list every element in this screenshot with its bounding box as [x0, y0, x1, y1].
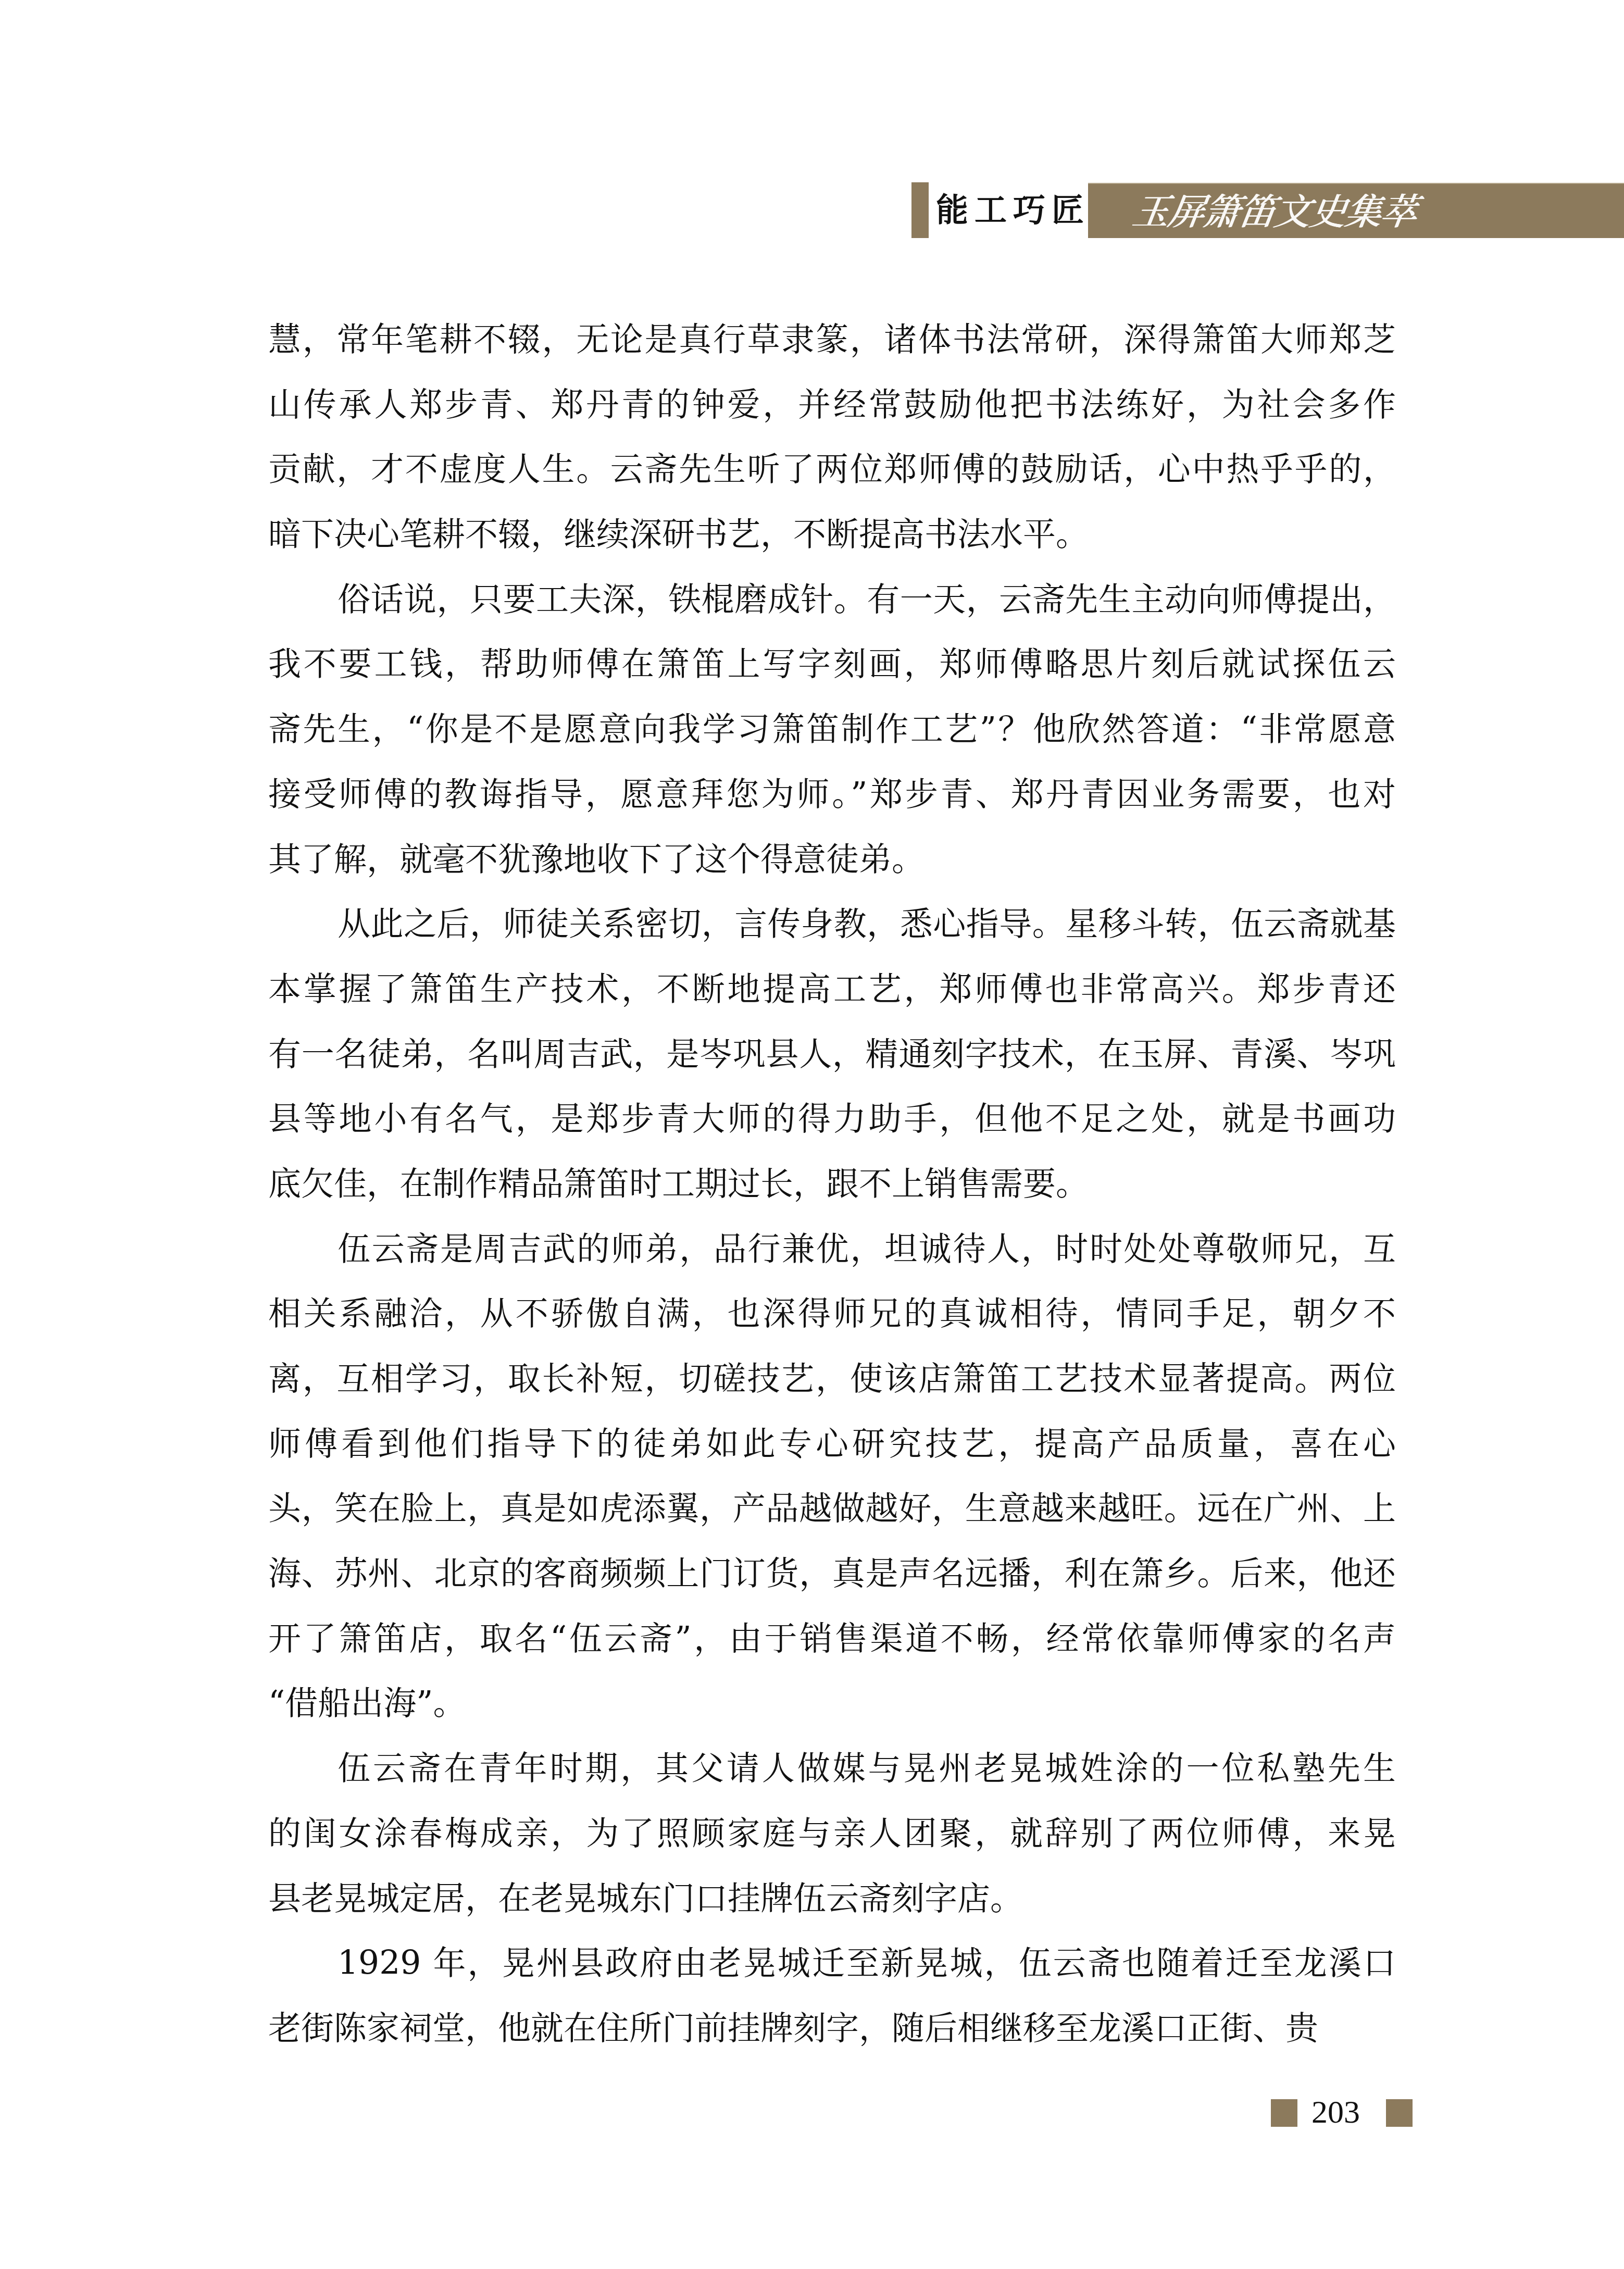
text-line: 的闺女涂春梅成亲，为了照顾家庭与亲人团聚，就辞别了两位师傅，来晃	[268, 1807, 1396, 1873]
text-line: 伍云斋在青年时期，其父请人做媒与晃州老晃城姓涂的一位私塾先生	[268, 1742, 1396, 1807]
text-line: 暗下决心笔耕不辍，继续深研书艺，不断提高书法水平。	[268, 508, 1396, 574]
text-line: 县等地小有名气，是郑步青大师的得力助手，但他不足之处，就是书画功	[268, 1093, 1396, 1158]
text-line: 山传承人郑步青、郑丹青的钟爱，并经常鼓励他把书法练好，为社会多作	[268, 379, 1396, 444]
paragraph: 从此之后，师徒关系密切，言传身教，悉心指导。星移斗转，伍云斋就基本掌握了箫笛生产…	[268, 898, 1396, 1223]
text-line: 接受师傅的教诲指导，愿意拜您为师。”郑步青、郑丹青因业务需要，也对	[268, 768, 1396, 833]
text-line: 本掌握了箫笛生产技术，不断地提高工艺，郑师傅也非常高兴。郑步青还	[268, 963, 1396, 1028]
text-line: 海、苏州、北京的客商频频上门订货，真是声名远播，利在箫乡。后来，他还	[268, 1548, 1396, 1613]
text-line: 其了解，就毫不犹豫地收下了这个得意徒弟。	[268, 833, 1396, 899]
text-line: 贡献，才不虚度人生。云斋先生听了两位郑师傅的鼓励话，心中热乎乎的，	[268, 443, 1396, 508]
page-number: 203	[1311, 2096, 1364, 2128]
text-line: 底欠佳，在制作精品箫笛时工期过长，跟不上销售需要。	[268, 1158, 1396, 1223]
text-line: 我不要工钱，帮助师傅在箫笛上写字刻画，郑师傅略思片刻后就试探伍云	[268, 638, 1396, 703]
text-line: 相关系融洽，从不骄傲自满，也深得师兄的真诚相待，情同手足，朝夕不	[268, 1288, 1396, 1353]
paragraph: 伍云斋在青年时期，其父请人做媒与晃州老晃城姓涂的一位私塾先生的闺女涂春梅成亲，为…	[268, 1742, 1396, 1937]
text-line: 开了箫笛店，取名“伍云斋”，由于销售渠道不畅，经常依靠师傅家的名声	[268, 1613, 1396, 1678]
text-line: 慧，常年笔耕不辍，无论是真行草隶篆，诸体书法常研，深得箫笛大师郑芝	[268, 314, 1396, 379]
text-line: 有一名徒弟，名叫周吉武，是岑巩县人，精通刻字技术，在玉屏、青溪、岑巩	[268, 1028, 1396, 1093]
section-title: 能工巧匠	[936, 190, 1090, 231]
text-line: 从此之后，师徒关系密切，言传身教，悉心指导。星移斗转，伍云斋就基	[268, 898, 1396, 963]
paragraph: 慧，常年笔耕不辍，无论是真行草隶篆，诸体书法常研，深得箫笛大师郑芝山传承人郑步青…	[268, 314, 1396, 574]
book-title-band: 玉屏箫笛文史集萃	[1088, 183, 1624, 238]
header-accent-bar	[911, 182, 929, 238]
paragraph: 1929 年，晃州县政府由老晃城迁至新晃城，伍云斋也随着迁至龙溪口老街陈家祠堂，…	[268, 1937, 1396, 2067]
text-line: 头，笑在脸上，真是如虎添翼，产品越做越好，生意越来越旺。远在广州、上	[268, 1482, 1396, 1548]
footer-square-left	[1271, 2099, 1297, 2127]
text-line: 离，互相学习，取长补短，切磋技艺，使该店箫笛工艺技术显著提高。两位	[268, 1353, 1396, 1418]
text-line: 老街陈家祠堂，他就在住所门前挂牌刻字，随后相继移至龙溪口正街、贵	[268, 2002, 1396, 2067]
paragraph: 俗话说，只要工夫深，铁棍磨成针。有一天，云斋先生主动向师傅提出，我不要工钱，帮助…	[268, 574, 1396, 898]
body-text: 慧，常年笔耕不辍，无论是真行草隶篆，诸体书法常研，深得箫笛大师郑芝山传承人郑步青…	[268, 314, 1396, 2067]
text-line: 伍云斋是周吉武的师弟，品行兼优，坦诚待人，时时处处尊敬师兄，互	[268, 1223, 1396, 1288]
text-line: 1929 年，晃州县政府由老晃城迁至新晃城，伍云斋也随着迁至龙溪口	[268, 1937, 1396, 2002]
text-line: 俗话说，只要工夫深，铁棍磨成针。有一天，云斋先生主动向师傅提出，	[268, 574, 1396, 639]
text-line: 斋先生，“你是不是愿意向我学习箫笛制作工艺”？他欣然答道：“非常愿意	[268, 703, 1396, 768]
paragraph: 伍云斋是周吉武的师弟，品行兼优，坦诚待人，时时处处尊敬师兄，互相关系融洽，从不骄…	[268, 1223, 1396, 1743]
footer-square-right	[1386, 2099, 1413, 2127]
book-title-calligraphy: 玉屏箫笛文史集萃	[1130, 191, 1419, 233]
text-line: 师傅看到他们指导下的徒弟如此专心研究技艺，提高产品质量，喜在心	[268, 1418, 1396, 1483]
text-line: “借船出海”。	[268, 1677, 1396, 1742]
text-line: 县老晃城定居，在老晃城东门口挂牌伍云斋刻字店。	[268, 1873, 1396, 1938]
